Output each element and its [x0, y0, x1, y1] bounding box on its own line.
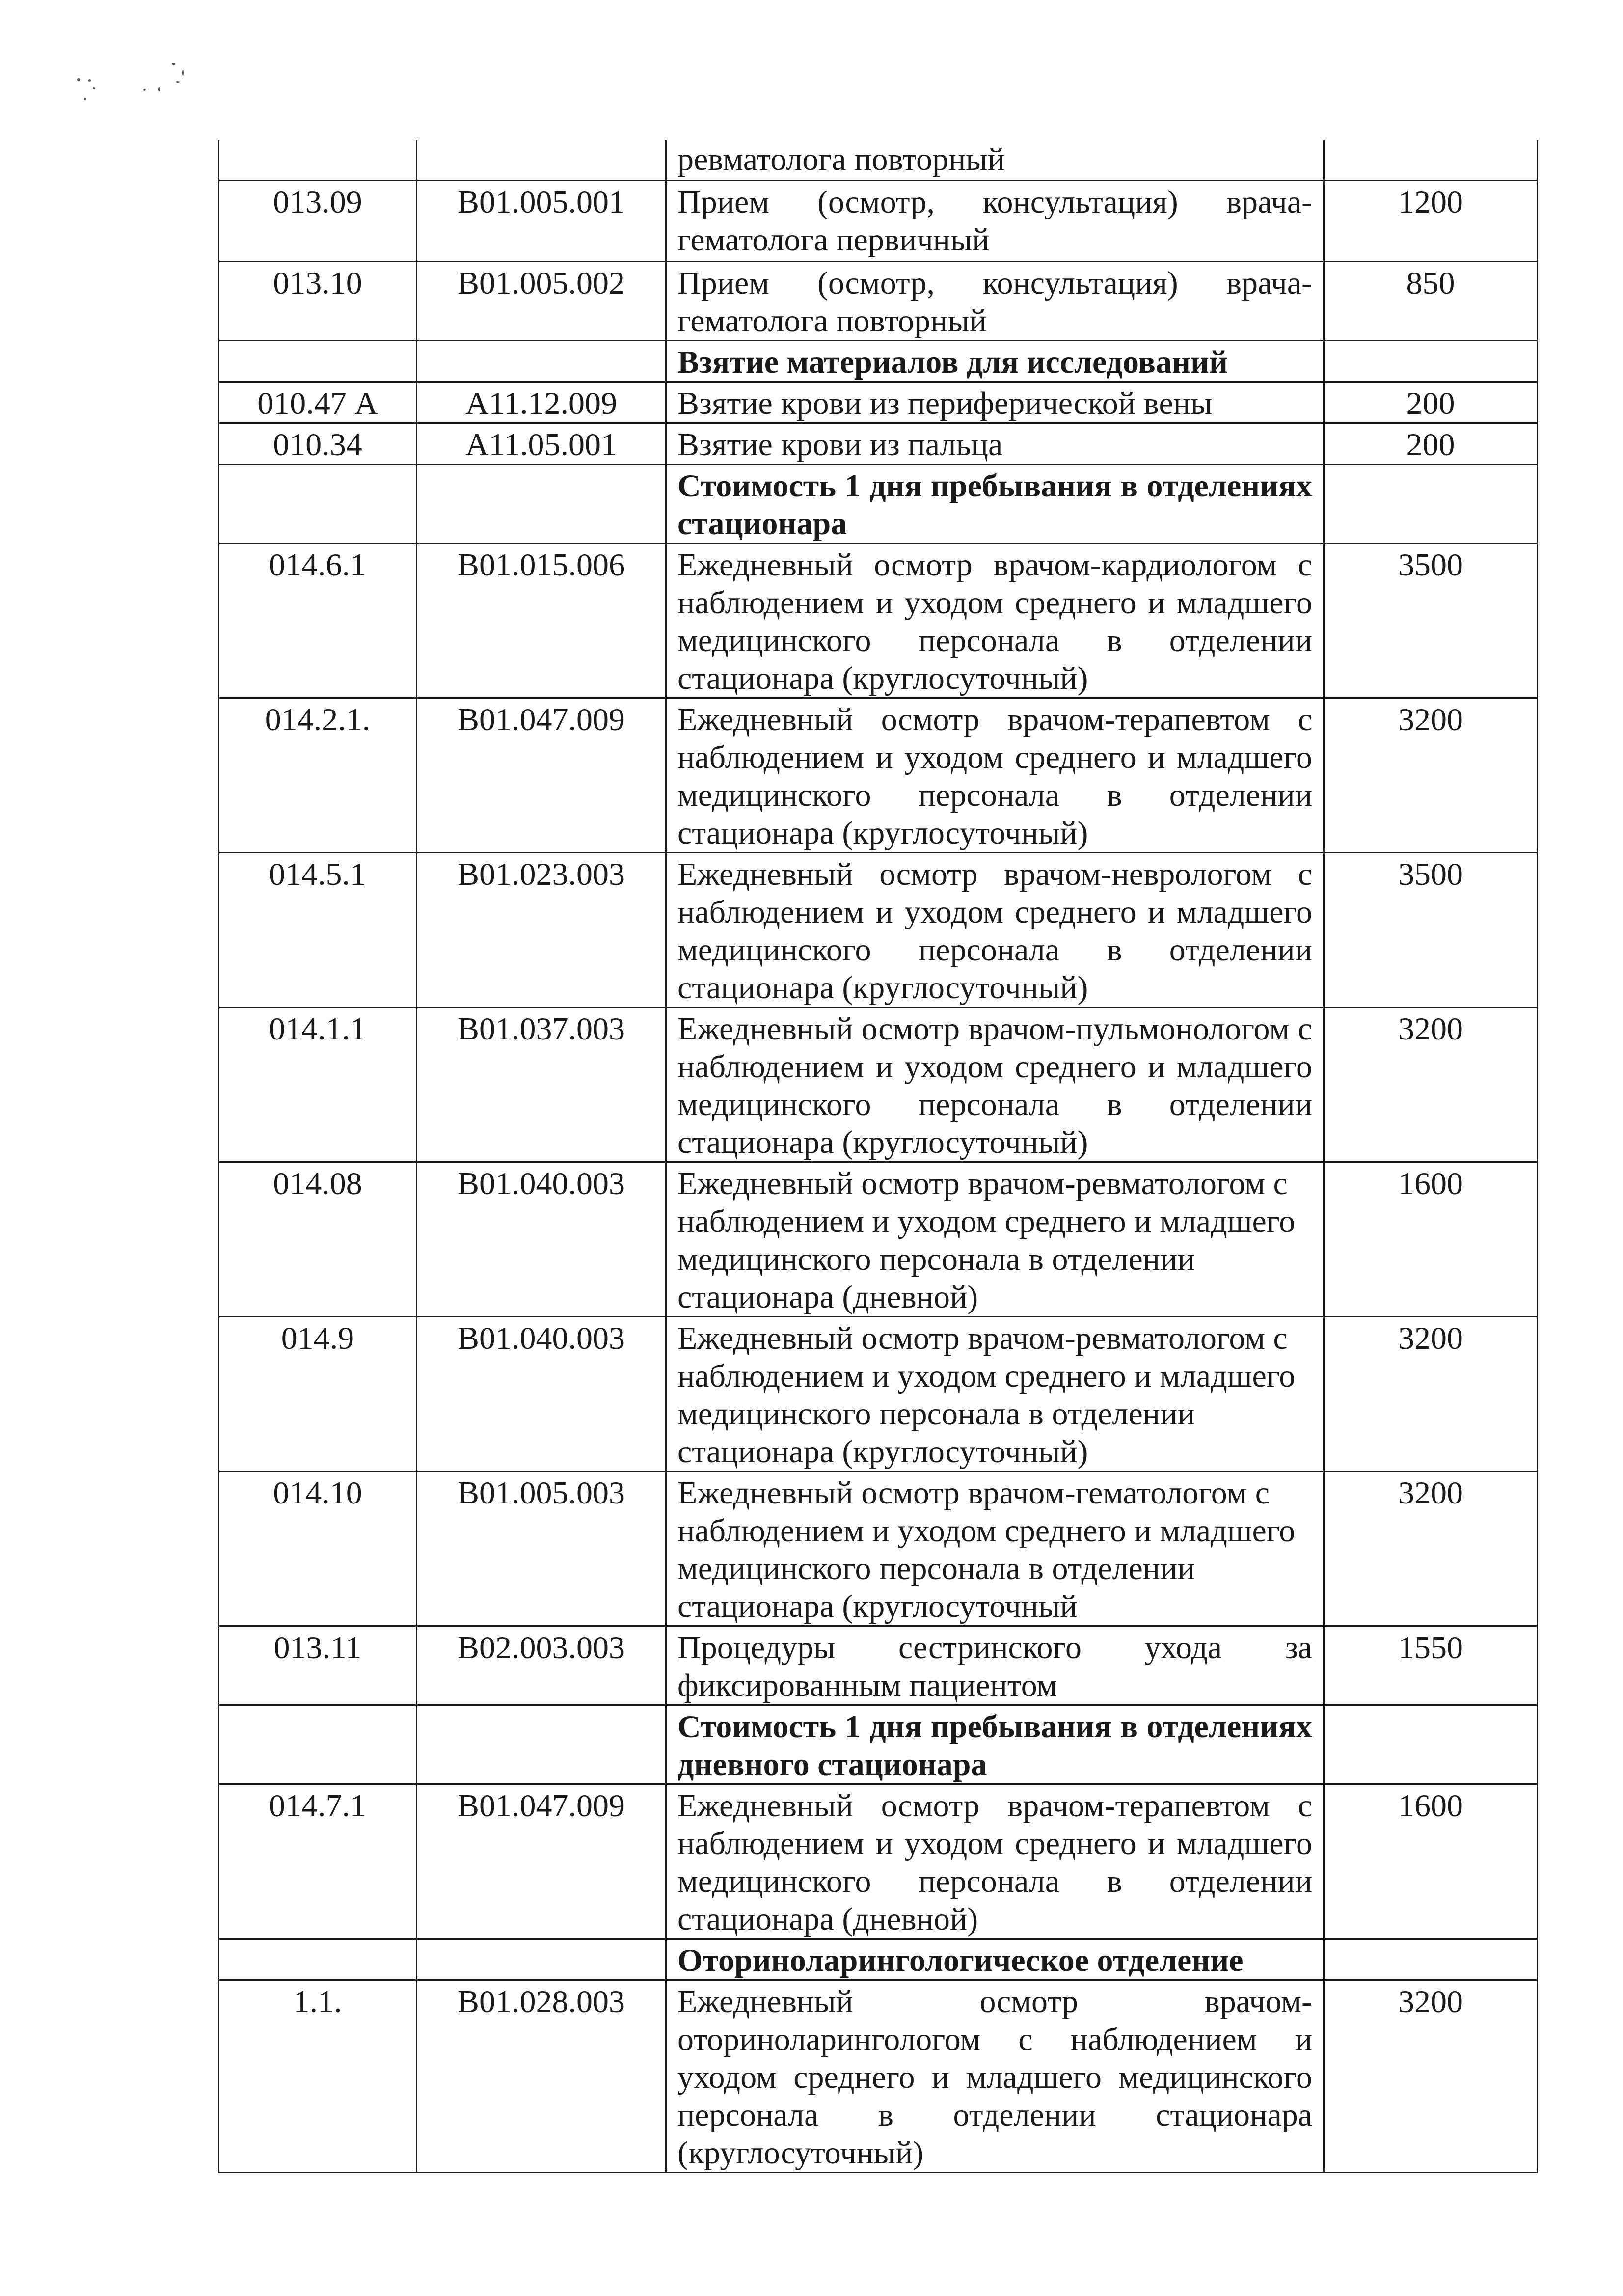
cell-price [1324, 140, 1538, 180]
cell-code: 010.34 [219, 423, 417, 464]
cell-price: 3500 [1324, 543, 1538, 698]
table-row: 014.10В01.005.003Ежедневный осмотр врачо… [219, 1471, 1538, 1626]
cell-service-name: Ежедневный осмотр врачом-кардиологом с н… [666, 543, 1324, 698]
cell-service-name: Ежедневный осмотр врачом-неврологом с на… [666, 852, 1324, 1007]
cell-code: 1.1. [219, 1980, 417, 2172]
scan-speck [84, 98, 86, 100]
scan-speck [158, 87, 160, 91]
cell-code [219, 340, 417, 382]
section-header-row: Взятие материалов для исследований [219, 340, 1538, 382]
table-row: 1.1.В01.028.003Ежедневный осмотр врачом-… [219, 1980, 1538, 2172]
cell-service-name: Прием (осмотр, консультация) врача-гемат… [666, 261, 1324, 340]
cell-price: 3200 [1324, 1007, 1538, 1162]
cell-service-name: Взятие крови из периферической вены [666, 382, 1324, 423]
cell-service-code [417, 1705, 666, 1784]
table-row: 014.2.1.В01.047.009Ежедневный осмотр вра… [219, 698, 1538, 852]
cell-price: 3200 [1324, 1316, 1538, 1471]
table-row: 014.7.1В01.047.009Ежедневный осмотр врач… [219, 1784, 1538, 1939]
section-header-row: Стоимость 1 дня пребывания в отделениях … [219, 1705, 1538, 1784]
cell-code [219, 464, 417, 543]
cell-service-name: Взятие крови из пальца [666, 423, 1324, 464]
scan-speck [176, 81, 180, 83]
cell-price: 1200 [1324, 180, 1538, 261]
cell-code [219, 1939, 417, 1980]
cell-service-code: А11.12.009 [417, 382, 666, 423]
cell-price: 1600 [1324, 1784, 1538, 1939]
table-row: 013.10В01.005.002Прием (осмотр, консульт… [219, 261, 1538, 340]
cell-code: 013.10 [219, 261, 417, 340]
cell-service-name: Ежедневный осмотр врачом-гематологом с н… [666, 1471, 1324, 1626]
table-row: 014.9В01.040.003Ежедневный осмотр врачом… [219, 1316, 1538, 1471]
cell-code: 014.10 [219, 1471, 417, 1626]
scan-speck [88, 79, 91, 82]
cell-price [1324, 340, 1538, 382]
cell-service-name: Ежедневный осмотр врачом-терапевтом с на… [666, 1784, 1324, 1939]
cell-service-code: В01.047.009 [417, 698, 666, 852]
cell-code [219, 140, 417, 180]
cell-price: 200 [1324, 382, 1538, 423]
cell-service-code: В01.005.002 [417, 261, 666, 340]
cell-price [1324, 464, 1538, 543]
cell-service-code: В01.015.006 [417, 543, 666, 698]
cell-price [1324, 1939, 1538, 1980]
table-row: 014.08В01.040.003Ежедневный осмотр врачо… [219, 1162, 1538, 1316]
scan-speck [143, 89, 146, 91]
cell-service-code: В01.037.003 [417, 1007, 666, 1162]
cell-service-code: А11.05.001 [417, 423, 666, 464]
cell-service-name: Ежедневный осмотр врачом-пульмонологом с… [666, 1007, 1324, 1162]
cell-service-code: В01.028.003 [417, 1980, 666, 2172]
cell-code: 010.47 А [219, 382, 417, 423]
cell-service-name: Ежедневный осмотр врачом-оториноларингол… [666, 1980, 1324, 2172]
section-title: Взятие материалов для исследований [666, 340, 1324, 382]
section-title: Стоимость 1 дня пребывания в отделениях … [666, 464, 1324, 543]
cell-service-name: ревматолога повторный [666, 140, 1324, 180]
table-row: 014.5.1В01.023.003Ежедневный осмотр врач… [219, 852, 1538, 1007]
cell-code: 013.09 [219, 180, 417, 261]
cell-service-code [417, 340, 666, 382]
cell-service-name: Ежедневный осмотр врачом-ревматологом с … [666, 1316, 1324, 1471]
cell-code: 014.08 [219, 1162, 417, 1316]
cell-service-name: Процедуры сестринского ухода за фиксиров… [666, 1626, 1324, 1705]
cell-price: 3200 [1324, 1471, 1538, 1626]
section-header-row: Стоимость 1 дня пребывания в отделениях … [219, 464, 1538, 543]
cell-code: 014.5.1 [219, 852, 417, 1007]
cell-service-code [417, 464, 666, 543]
table-row-continued: ревматолога повторный [219, 140, 1538, 180]
cell-code: 014.7.1 [219, 1784, 417, 1939]
cell-code: 014.9 [219, 1316, 417, 1471]
cell-code: 014.2.1. [219, 698, 417, 852]
cell-service-name: Ежедневный осмотр врачом-терапевтом с на… [666, 698, 1324, 852]
cell-price: 850 [1324, 261, 1538, 340]
cell-price [1324, 1705, 1538, 1784]
cell-service-code: В01.040.003 [417, 1316, 666, 1471]
table-row: 013.09В01.005.001Прием (осмотр, консульт… [219, 180, 1538, 261]
table-row: 014.6.1В01.015.006Ежедневный осмотр врач… [219, 543, 1538, 698]
price-list-table: ревматолога повторный 013.09В01.005.001П… [218, 140, 1538, 2173]
cell-service-code [417, 1939, 666, 1980]
scan-speck [93, 87, 95, 89]
cell-service-name: Прием (осмотр, консультация) врача-гемат… [666, 180, 1324, 261]
section-title: Стоимость 1 дня пребывания в отделениях … [666, 1705, 1324, 1784]
cell-service-code: В01.047.009 [417, 1784, 666, 1939]
cell-code: 014.1.1 [219, 1007, 417, 1162]
cell-price: 3200 [1324, 1980, 1538, 2172]
section-title: Оториноларингологическое отделение [666, 1939, 1324, 1980]
cell-service-code: В01.005.003 [417, 1471, 666, 1626]
cell-code: 014.6.1 [219, 543, 417, 698]
table-row: 010.34А11.05.001Взятие крови из пальца20… [219, 423, 1538, 464]
cell-service-code: В01.005.001 [417, 180, 666, 261]
cell-code: 013.11 [219, 1626, 417, 1705]
scan-speck [77, 78, 80, 81]
cell-service-code [417, 140, 666, 180]
table-row: 013.11В02.003.003Процедуры сестринского … [219, 1626, 1538, 1705]
cell-code [219, 1705, 417, 1784]
cell-service-code: В01.040.003 [417, 1162, 666, 1316]
scan-speck [182, 70, 184, 76]
cell-price: 1550 [1324, 1626, 1538, 1705]
cell-service-name: Ежедневный осмотр врачом-ревматологом с … [666, 1162, 1324, 1316]
table-row: 010.47 АА11.12.009Взятие крови из перифе… [219, 382, 1538, 423]
cell-price: 3200 [1324, 698, 1538, 852]
scan-speck [172, 63, 175, 65]
section-header-row: Оториноларингологическое отделение [219, 1939, 1538, 1980]
cell-price: 3500 [1324, 852, 1538, 1007]
cell-price: 200 [1324, 423, 1538, 464]
cell-service-code: В02.003.003 [417, 1626, 666, 1705]
cell-service-code: В01.023.003 [417, 852, 666, 1007]
table-row: 014.1.1В01.037.003Ежедневный осмотр врач… [219, 1007, 1538, 1162]
cell-price: 1600 [1324, 1162, 1538, 1316]
